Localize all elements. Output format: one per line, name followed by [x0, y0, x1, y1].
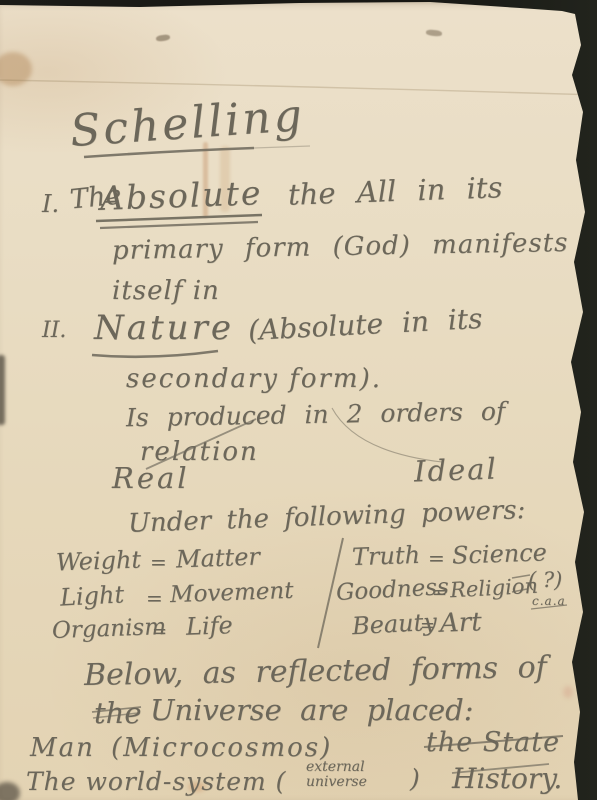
- note-title: Schelling: [69, 90, 307, 157]
- section2-line2: secondary form).: [126, 364, 382, 394]
- section2-rest: (Absolute in its: [247, 302, 483, 347]
- powers-r1-left-equals: =: [150, 550, 167, 574]
- powers-r2-right-value: Religion: [449, 574, 538, 603]
- order-real: Real: [112, 461, 190, 495]
- paren-word-universe: universe: [306, 775, 367, 790]
- nature-underline-stroke: [92, 351, 218, 357]
- closing-row2-paren-stack: external universe: [306, 760, 367, 790]
- section2-keyword-nature: Nature: [94, 308, 234, 348]
- stain-pink-right: [563, 686, 573, 698]
- order-ideal: Ideal: [413, 452, 498, 489]
- closing-row2-left: The world-system (: [26, 767, 286, 796]
- closing-row1-left: Man (Microcosmos): [30, 733, 332, 763]
- photo-background: Schelling I. The Absolute the All in its…: [0, 0, 597, 800]
- closing-row1-right-struck: the State: [426, 727, 560, 758]
- powers-r2-left-value: Movement: [170, 578, 294, 608]
- stain-top-left: [0, 52, 32, 86]
- powers-r1-right-equals: =: [428, 546, 445, 570]
- section1-rest: the All in its: [287, 170, 502, 211]
- powers-r1-right-term: Truth: [352, 541, 421, 571]
- manuscript-page: Schelling I. The Absolute the All in its…: [0, 0, 597, 800]
- edge-nick-right: [426, 29, 443, 37]
- section1-line2: primary form (God) manifests: [112, 228, 569, 266]
- paren-word-external: external: [306, 760, 367, 775]
- powers-r3-left-term: Organism: [52, 614, 167, 644]
- shadow-bottom-left-corner: [0, 782, 20, 800]
- closing-line2-struck-word: the: [94, 696, 142, 730]
- section1-keyword-absolute: Absolute: [99, 173, 263, 218]
- powers-r1-left-value: Matter: [176, 543, 261, 574]
- closing-row2-right-struck: History.: [452, 762, 562, 795]
- section2-line3: Is produced in 2 orders of: [126, 397, 506, 433]
- powers-r2-left-equals: =: [146, 586, 163, 610]
- powers-r1-right-value: Science: [452, 538, 548, 569]
- closing-line2: Universe are placed:: [150, 693, 473, 727]
- shadow-left-edge: [0, 355, 5, 425]
- powers-r2-left-term: Light: [59, 580, 124, 611]
- powers-r3-left-equals: =: [152, 621, 167, 642]
- powers-r2-right-equals: =: [432, 582, 447, 603]
- section1-numeral: I.: [42, 190, 59, 218]
- margin-note: ( ?): [528, 568, 562, 592]
- closing-row2-close-paren: ): [410, 764, 420, 793]
- closing-line1: Below, as reflected forms of: [84, 650, 547, 693]
- powers-r3-right-value: Art: [439, 607, 482, 638]
- section1-line3: itself in: [112, 276, 220, 306]
- powers-r3-left-value: Life: [186, 611, 234, 641]
- margin-note-initials: c.a.a: [532, 594, 566, 608]
- section2-numeral: II.: [42, 318, 66, 343]
- absolute-underline-stroke-2: [100, 222, 258, 228]
- powers-r1-left-term: Weight: [56, 546, 142, 577]
- edge-nick-left: [156, 34, 171, 42]
- powers-heading: Under the following powers:: [128, 495, 526, 539]
- powers-r3-right-equals: =: [420, 615, 435, 636]
- title-underline-tail-stroke: [254, 146, 310, 148]
